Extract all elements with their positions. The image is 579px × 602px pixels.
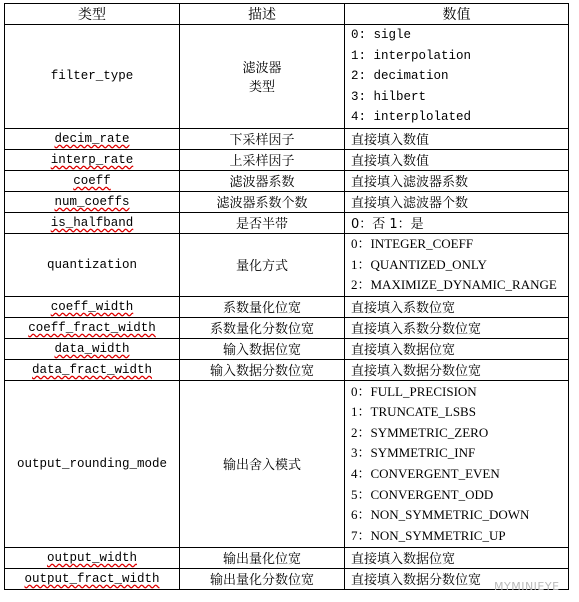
option: 1：TRUNCATE_LSBS: [351, 402, 564, 423]
table-row-filter-type: filter_type 滤波器 类型 0: sigle 1: interpola…: [5, 25, 569, 129]
param-name: decim_rate: [5, 128, 180, 149]
param-name: output_fract_width: [5, 568, 180, 589]
option: 1: interpolation: [351, 46, 564, 67]
option: 1：QUANTIZED_ONLY: [351, 255, 564, 276]
option: 4：CONVERGENT_EVEN: [351, 464, 564, 485]
header-type: 类型: [5, 4, 180, 25]
param-name: coeff_width: [5, 296, 180, 317]
option: 3: hilbert: [351, 87, 564, 108]
param-desc: 滤波器 类型: [180, 25, 345, 129]
option: 0：INTEGER_COEFF: [351, 234, 564, 255]
param-desc: 输出量化位宽: [180, 547, 345, 568]
option: 2: decimation: [351, 66, 564, 87]
param-value: 直接填入数据位宽: [345, 338, 569, 359]
param-desc: 量化方式: [180, 233, 345, 296]
table-row: coeff 滤波器系数 直接填入滤波器系数: [5, 170, 569, 191]
table-row: coeff_width 系数量化位宽 直接填入系数位宽: [5, 296, 569, 317]
param-name: output_rounding_mode: [5, 380, 180, 547]
param-name: data_width: [5, 338, 180, 359]
table-row: data_width 输入数据位宽 直接填入数据位宽: [5, 338, 569, 359]
option: 2：MAXIMIZE_DYNAMIC_RANGE: [351, 275, 564, 296]
param-value: 直接填入系数位宽: [345, 296, 569, 317]
param-name: filter_type: [5, 25, 180, 129]
param-desc: 输出量化分数位宽: [180, 568, 345, 589]
option: 0：FULL_PRECISION: [351, 382, 564, 403]
param-desc: 输入数据分数位宽: [180, 359, 345, 380]
param-name: data_fract_width: [5, 359, 180, 380]
param-desc: 滤波器系数个数: [180, 191, 345, 212]
table-row: output_fract_width 输出量化分数位宽 直接填入数据分数位宽: [5, 568, 569, 589]
param-options: 0: sigle 1: interpolation 2: decimation …: [345, 25, 569, 129]
param-value: 直接填入数值: [345, 128, 569, 149]
param-value: 直接填入系数分数位宽: [345, 317, 569, 338]
option: 3：SYMMETRIC_INF: [351, 443, 564, 464]
option: 5：CONVERGENT_ODD: [351, 485, 564, 506]
option: 6：NON_SYMMETRIC_DOWN: [351, 505, 564, 526]
param-value: 0：否 1：是: [345, 212, 569, 233]
param-desc: 系数量化分数位宽: [180, 317, 345, 338]
param-name: is_halfband: [5, 212, 180, 233]
header-description: 描述: [180, 4, 345, 25]
param-desc: 上采样因子: [180, 149, 345, 170]
param-desc: 下采样因子: [180, 128, 345, 149]
header-row: 类型 描述 数值: [5, 4, 569, 25]
param-name: interp_rate: [5, 149, 180, 170]
table-row-output-rounding-mode: output_rounding_mode 输出舍入模式 0：FULL_PRECI…: [5, 380, 569, 547]
param-value: 直接填入数值: [345, 149, 569, 170]
param-desc: 输入数据位宽: [180, 338, 345, 359]
param-value: 直接填入数据分数位宽: [345, 359, 569, 380]
table-row: data_fract_width 输入数据分数位宽 直接填入数据分数位宽: [5, 359, 569, 380]
param-options: 0：FULL_PRECISION 1：TRUNCATE_LSBS 2：SYMME…: [345, 380, 569, 547]
desc-line: 滤波器: [184, 57, 340, 76]
param-name: output_width: [5, 547, 180, 568]
table-row: coeff_fract_width 系数量化分数位宽 直接填入系数分数位宽: [5, 317, 569, 338]
parameter-table: 类型 描述 数值 filter_type 滤波器 类型 0: sigle 1: …: [4, 3, 569, 590]
param-value: 直接填入滤波器个数: [345, 191, 569, 212]
desc-line: 类型: [184, 76, 340, 95]
table-row: decim_rate 下采样因子 直接填入数值: [5, 128, 569, 149]
table-row: is_halfband 是否半带 0：否 1：是: [5, 212, 569, 233]
param-name: coeff: [5, 170, 180, 191]
option: 2：SYMMETRIC_ZERO: [351, 423, 564, 444]
header-value: 数值: [345, 4, 569, 25]
param-value: 直接填入滤波器系数: [345, 170, 569, 191]
option: 7：NON_SYMMETRIC_UP: [351, 526, 564, 547]
table-row-quantization: quantization 量化方式 0：INTEGER_COEFF 1：QUAN…: [5, 233, 569, 296]
table-row: interp_rate 上采样因子 直接填入数值: [5, 149, 569, 170]
param-options: 0：INTEGER_COEFF 1：QUANTIZED_ONLY 2：MAXIM…: [345, 233, 569, 296]
param-desc: 是否半带: [180, 212, 345, 233]
param-name: num_coeffs: [5, 191, 180, 212]
param-name: coeff_fract_width: [5, 317, 180, 338]
param-value: 直接填入数据位宽: [345, 547, 569, 568]
param-name: quantization: [5, 233, 180, 296]
option: 4: interplolated: [351, 107, 564, 128]
table-row: num_coeffs 滤波器系数个数 直接填入滤波器个数: [5, 191, 569, 212]
param-desc: 输出舍入模式: [180, 380, 345, 547]
option: 0: sigle: [351, 25, 564, 46]
param-desc: 系数量化位宽: [180, 296, 345, 317]
watermark: MYMINIEYE: [494, 580, 560, 593]
table-row: output_width 输出量化位宽 直接填入数据位宽: [5, 547, 569, 568]
param-desc: 滤波器系数: [180, 170, 345, 191]
